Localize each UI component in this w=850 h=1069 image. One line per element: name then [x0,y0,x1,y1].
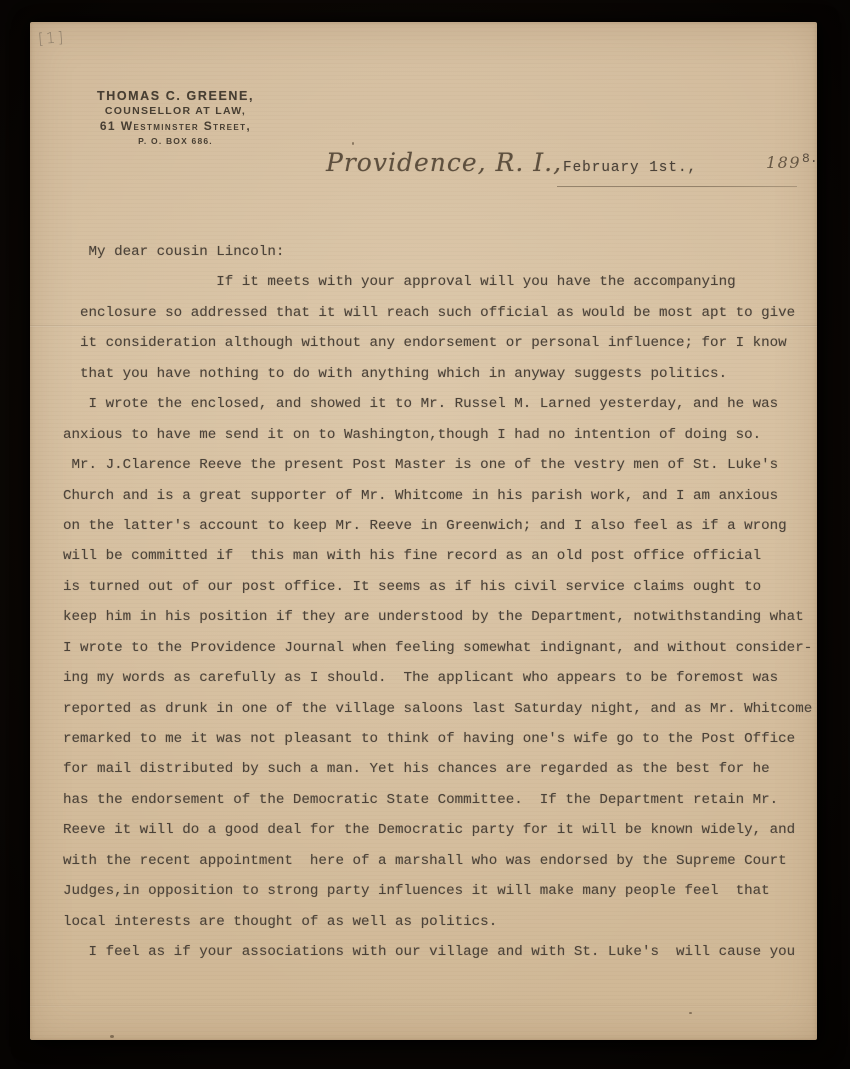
letterhead-street: 61 Westminster Street, [78,119,273,134]
pencil-page-number: [1] [37,28,65,48]
letter-line: Judges,in opposition to strong party inf… [63,876,812,906]
year-printed-digits: 189 [766,153,801,172]
letter-line: has the endorsement of the Democratic St… [63,785,812,815]
paper-speck [110,1035,114,1038]
dateline-date-typed: February 1st., [563,160,697,176]
letter-line: Mr. J.Clarence Reeve the present Post Ma… [63,450,812,480]
letter-line: for mail distributed by such a man. Yet … [63,754,812,784]
letter-line: reported as drunk in one of the village … [63,694,812,724]
letter-line: I wrote to the Providence Journal when f… [63,633,812,663]
letter-line: keep him in his position if they are und… [63,602,812,632]
paper-speck [352,142,354,145]
letter-line: Reeve it will do a good deal for the Dem… [63,815,812,845]
letter-paper: [1] THOMAS C. GREENE, COUNSELLOR AT LAW,… [30,22,817,1040]
scanned-letter-page: { "letter": { "page_marker": "[1]", "let… [0,0,850,1069]
letter-line: If it meets with your approval will you … [63,267,812,297]
letter-line: it consideration although without any en… [63,328,812,358]
fold-crease-bottom [30,1005,817,1007]
letter-line: enclosure so addressed that it will reac… [63,298,812,328]
year-written-digit: 8. [802,151,818,166]
letter-body: My dear cousin Lincoln: If it meets with… [63,237,812,968]
letter-line: Church and is a great supporter of Mr. W… [63,481,812,511]
letter-line: My dear cousin Lincoln: [63,237,812,267]
dateline-place-printed: Providence, R. I., [326,148,562,177]
letter-line: is turned out of our post office. It see… [63,572,812,602]
paper-speck [689,1012,692,1014]
letter-line: that you have nothing to do with anythin… [63,359,812,389]
letter-line: ing my words as carefully as I should. T… [63,663,812,693]
letter-line: with the recent appointment here of a ma… [63,846,812,876]
letter-line: will be committed if this man with his f… [63,541,812,571]
dateline-rule [557,186,797,187]
letter-line: remarked to me it was not pleasant to th… [63,724,812,754]
letter-line: local interests are thought of as well a… [63,907,812,937]
letterhead-po-box: P. O. BOX 686. [78,134,273,148]
letter-line: I wrote the enclosed, and showed it to M… [63,389,812,419]
dateline-year: 1898. [766,153,818,173]
letter-line: on the latter's account to keep Mr. Reev… [63,511,812,541]
letter-line: anxious to have me send it on to Washing… [63,420,812,450]
letterhead: THOMAS C. GREENE, COUNSELLOR AT LAW, 61 … [78,88,273,148]
letterhead-name: THOMAS C. GREENE, [78,88,273,104]
letterhead-title: COUNSELLOR AT LAW, [78,104,273,119]
letter-line: I feel as if your associations with our … [63,937,812,967]
